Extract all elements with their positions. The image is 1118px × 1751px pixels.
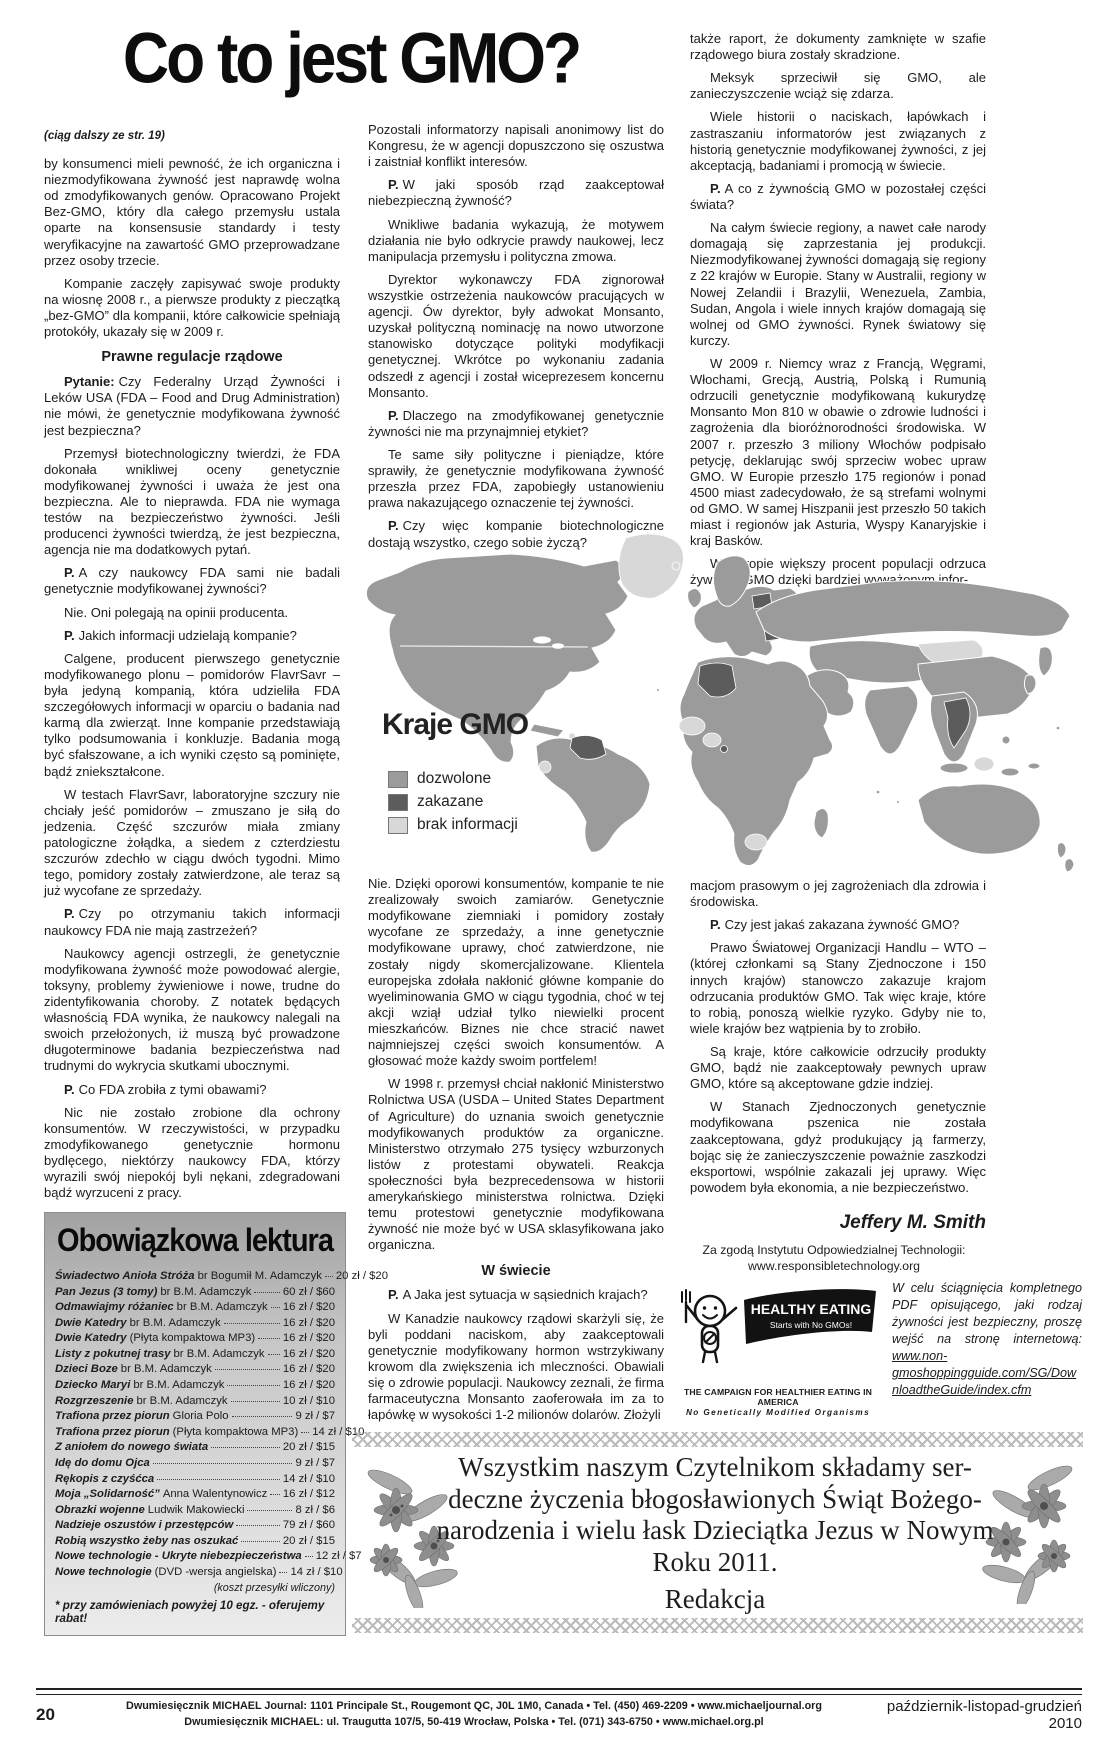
book-author: (DVD -wersja angielska) xyxy=(155,1566,277,1579)
logo-tagline: No Genetically Modified Organisms xyxy=(674,1408,882,1417)
book-title: Nowe technologie - Ukryte niebezpieczeńs… xyxy=(55,1550,302,1563)
paragraph-text: W Stanach Zjednoczonych genetycznie mody… xyxy=(690,1099,986,1195)
book-price: 60 zł / $60 xyxy=(283,1286,335,1299)
paragraph: P.A Jaka jest sytuacja w sąsiednich kraj… xyxy=(368,1287,664,1303)
books-shipping-note: (koszt przesyłki wliczony) xyxy=(55,1582,335,1594)
paragraph-lead: P. xyxy=(64,906,75,921)
paragraph: Prawo Światowej Organizacji Handlu – WTO… xyxy=(690,940,986,1037)
book-title: Robią wszystko żeby nas oszukać xyxy=(55,1535,238,1548)
book-item: Pan Jezus (3 tomy) br B.M. Adamczyk 60 z… xyxy=(55,1286,335,1299)
dotted-leader xyxy=(258,1338,280,1339)
legend-label: brak informacji xyxy=(417,816,518,834)
map-legend-item: zakazane xyxy=(388,793,518,811)
paragraph-text: Co FDA zrobiła z tymi obawami? xyxy=(79,1082,267,1097)
book-price: 8 zł / $6 xyxy=(295,1504,335,1517)
paragraph-text: Nic nie zostało zrobione dla ochrony kon… xyxy=(44,1105,340,1201)
paragraph-text: Nie. Dzięki oporowi konsumentów, kompani… xyxy=(368,876,664,1068)
book-price: 16 zł / $12 xyxy=(283,1488,335,1501)
paragraph-text: Przemysł biotechnologiczny twierdzi, że … xyxy=(44,446,340,558)
book-price: 10 zł / $10 xyxy=(283,1395,335,1408)
book-item: Świadectwo Anioła Stróża br Bogumił M. A… xyxy=(55,1270,335,1283)
book-author: br B.M. Adamczyk xyxy=(177,1301,268,1314)
paragraph: Pozostali informatorzy napisali anonimow… xyxy=(368,122,664,170)
credit-line: www.responsibletechnology.org xyxy=(668,1259,1000,1275)
book-item: Moja „Solidarność” Anna Walentynowicz 16… xyxy=(55,1488,335,1501)
paragraph-text: Nie. Oni polegają na opinii producenta. xyxy=(64,605,288,620)
paragraph-text: Calgene, producent pierwszego genetyczni… xyxy=(44,651,340,779)
paragraph-text: W 1998 r. przemysł chciał nakłonić Minis… xyxy=(368,1076,664,1252)
book-author: br B.M. Adamczyk xyxy=(130,1317,221,1330)
paragraph-text: A Jaka jest sytuacja w sąsiednich krajac… xyxy=(403,1287,648,1302)
paragraph-text: Meksyk sprzeciwił się GMO, ale zanieczys… xyxy=(690,70,986,101)
pdf-note: W celu ściągnięcia kompletnego PDF opisu… xyxy=(892,1280,1082,1399)
paragraph-lead: P. xyxy=(64,628,75,643)
book-author: br B.M. Adamczyk xyxy=(133,1379,224,1392)
book-price: 16 zł / $20 xyxy=(283,1348,335,1361)
book-price: 12 zł / $7 xyxy=(316,1550,362,1563)
books-title: Obowiązkowa lektura xyxy=(55,1223,335,1260)
logo-campaign-line: THE CAMPAIGN FOR HEALTHIER EATING IN AME… xyxy=(674,1387,882,1407)
paragraph: Nic nie zostało zrobione dla ochrony kon… xyxy=(44,1105,340,1202)
paragraph-lead: P. xyxy=(710,181,721,196)
greeting-signoff: Redakcja xyxy=(428,1584,1002,1615)
paragraph-lead: Pytanie: xyxy=(64,374,115,389)
page-title: Co to jest GMO? xyxy=(40,22,662,94)
paragraph-text: Pozostali informatorzy napisali anonimow… xyxy=(368,122,664,169)
book-item: Dwie Katedry (Płyta kompaktowa MP3) 16 z… xyxy=(55,1332,335,1345)
book-item: Trafiona przez piorun Gloria Polo 9 zł /… xyxy=(55,1410,335,1423)
book-author: (Płyta kompaktowa MP3) xyxy=(130,1332,256,1345)
book-title: Listy z pokutnej trasy xyxy=(55,1348,171,1361)
paragraph: P.Co FDA zrobiła z tymi obawami? xyxy=(44,1082,340,1098)
book-title: Dzieci Boze xyxy=(55,1363,118,1376)
pdf-note-text: W celu ściągnięcia kompletnego PDF opisu… xyxy=(892,1281,1082,1346)
book-title: Nowe technologie xyxy=(55,1566,152,1579)
book-item: Odmawiajmy różaniec br B.M. Adamczyk 16 … xyxy=(55,1301,335,1314)
paragraph-text: Dlaczego na zmodyfikowanej genetycznie ż… xyxy=(368,408,664,439)
book-price: 16 zł / $20 xyxy=(283,1317,335,1330)
book-price: 9 zł / $7 xyxy=(295,1410,335,1423)
pdf-note-url: www.non-gmoshoppingguide.com/SG/Download… xyxy=(892,1349,1076,1397)
book-item: Idę do domu Ojca 9 zł / $7 xyxy=(55,1457,335,1470)
book-title: Dwie Katedry xyxy=(55,1332,127,1345)
paragraph: Wnikliwe badania wykazują, że motywem dz… xyxy=(368,217,664,265)
greeting-line: narodzenia i wielu łask Dzieciątka Jezus… xyxy=(428,1515,1002,1547)
legend-swatch xyxy=(388,817,408,834)
paragraph: P.Dlaczego na zmodyfikowanej genetycznie… xyxy=(368,408,664,440)
paragraph-text: Jakich informacji udzielają kompanie? xyxy=(79,628,297,643)
greeting-line: Wszystkim naszym Czytelnikom składamy se… xyxy=(428,1452,1002,1484)
paragraph: W 1998 r. przemysł chciał nakłonić Minis… xyxy=(368,1076,664,1253)
paragraph-lead: P. xyxy=(388,408,399,423)
paragraph-text: Wnikliwe badania wykazują, że motywem dz… xyxy=(368,217,664,264)
paragraph-text: Dyrektor wykonawczy FDA zignorował wszys… xyxy=(368,272,664,400)
dotted-leader xyxy=(153,1463,293,1464)
book-author: br Bogumił M. Adamczyk xyxy=(198,1270,322,1283)
healthy-eating-logo: HEALTHY EATING Starts with No GMOs! xyxy=(674,1284,882,1417)
map-title: Kraje GMO xyxy=(382,708,528,742)
dotted-leader xyxy=(236,1525,280,1526)
book-author: br B.M. Adamczyk xyxy=(121,1363,212,1376)
paragraph: W świecie xyxy=(368,1263,664,1281)
paragraph: W 2009 r. Niemcy wraz z Francją, Węgrami… xyxy=(690,356,986,549)
dotted-leader xyxy=(227,1385,279,1386)
publisher-line-2: Dwumiesięcznik MICHAEL: ul. Traugutta 10… xyxy=(96,1715,852,1731)
paragraph: Na całym świecie regiony, a nawet całe n… xyxy=(690,220,986,349)
book-price: 16 zł / $20 xyxy=(283,1363,335,1376)
paragraph: macjom prasowym o jej zagrożeniach dla z… xyxy=(690,878,986,910)
greeting-line: deczne życzenia błogosławionych Świąt Bo… xyxy=(428,1484,1002,1516)
book-price: 20 zł / $20 xyxy=(336,1270,388,1283)
paragraph: Prawne regulacje rządowe xyxy=(44,349,340,367)
paragraph-text: Prawne regulacje rządowe xyxy=(101,349,282,365)
dotted-leader xyxy=(301,1432,309,1433)
book-item: Nadzieje oszustów i przestępców 79 zł / … xyxy=(55,1519,335,1532)
paragraph: P.Czy jest jakaś zakazana żywność GMO? xyxy=(690,917,986,933)
book-author: br B.M. Adamczyk xyxy=(174,1348,265,1361)
book-item: Dziecko Maryi br B.M. Adamczyk 16 zł / $… xyxy=(55,1379,335,1392)
paragraph-lead: P. xyxy=(388,177,399,192)
book-price: 16 zł / $20 xyxy=(283,1301,335,1314)
logo-flag-subtitle: Starts with No GMOs! xyxy=(770,1320,852,1330)
diamond-border-bottom xyxy=(352,1618,1083,1633)
paragraph: Wiele historii o naciskach, łapówkach i … xyxy=(690,109,986,173)
paragraph-text: Na całym świecie regiony, a nawet całe n… xyxy=(690,220,986,348)
book-price: 16 zł / $20 xyxy=(283,1332,335,1345)
book-price: 20 zł / $15 xyxy=(283,1535,335,1548)
paragraph-lead: P. xyxy=(64,1082,75,1097)
issue-date: październik-listopad-grudzień 2010 xyxy=(852,1698,1082,1732)
paragraph: Są kraje, które całkowicie odrzuciły pro… xyxy=(690,1044,986,1092)
book-title: Moja „Solidarność” xyxy=(55,1488,160,1501)
logo-character-icon xyxy=(682,1290,736,1362)
paragraph: by konsumenci mieli pewność, że ich orga… xyxy=(44,156,340,269)
page-number: 20 xyxy=(36,1705,96,1725)
paragraph: Przemysł biotechnologiczny twierdzi, że … xyxy=(44,446,340,559)
book-item: Nowe technologie (DVD -wersja angielska)… xyxy=(55,1566,335,1579)
dotted-leader xyxy=(231,1401,280,1402)
book-item: Obrazki wojenne Ludwik Makowiecki 8 zł /… xyxy=(55,1504,335,1517)
paragraph: W Stanach Zjednoczonych genetycznie mody… xyxy=(690,1099,986,1196)
book-author: Gloria Polo xyxy=(173,1410,229,1423)
dotted-leader xyxy=(215,1369,280,1370)
paragraph-text: A co z żywnością GMO w pozostałej części… xyxy=(690,181,986,212)
paragraph-text: W jaki sposób rząd zaakceptował niebezpi… xyxy=(368,177,664,208)
paragraph: P.Czy po otrzymaniu takich informacji na… xyxy=(44,906,340,938)
book-title: Z aniołem do nowego świata xyxy=(55,1441,208,1454)
dotted-leader xyxy=(305,1556,313,1557)
paragraph-text: Są kraje, które całkowicie odrzuciły pro… xyxy=(690,1044,986,1091)
book-item: Z aniołem do nowego świata 20 zł / $15 xyxy=(55,1441,335,1454)
paragraph-text: macjom prasowym o jej zagrożeniach dla z… xyxy=(690,878,986,909)
book-item: Dwie Katedry br B.M. Adamczyk 16 zł / $2… xyxy=(55,1317,335,1330)
book-author: Anna Walentynowicz xyxy=(163,1488,267,1501)
dotted-leader xyxy=(254,1292,279,1293)
book-item: Robią wszystko żeby nas oszukać 20 zł / … xyxy=(55,1535,335,1548)
column-3: także raport, że dokumenty zamknięte w s… xyxy=(690,31,986,596)
newspaper-page: Co to jest GMO? (ciąg dalszy ze str. 19)… xyxy=(0,0,1118,1751)
legend-swatch xyxy=(388,794,408,811)
paragraph-text: W świecie xyxy=(481,1263,550,1279)
book-price: 16 zł / $20 xyxy=(283,1379,335,1392)
books-list: Świadectwo Anioła Stróża br Bogumił M. A… xyxy=(55,1270,335,1579)
books-discount-note: * przy zamówieniach powyżej 10 egz. - of… xyxy=(55,1599,335,1625)
logo-flag-title: HEALTHY EATING xyxy=(751,1301,872,1317)
publisher-line-1: Dwumiesięcznik MICHAEL Journal: 1101 Pri… xyxy=(96,1699,852,1715)
paragraph: Kompanie zaczęły zapisywać swoje produkt… xyxy=(44,276,340,340)
book-title: Rozgrzeszenie xyxy=(55,1395,133,1408)
publisher-info: Dwumiesięcznik MICHAEL Journal: 1101 Pri… xyxy=(96,1699,852,1730)
book-title: Dziecko Maryi xyxy=(55,1379,130,1392)
column-2-continued: Nie. Dzięki oporowi konsumentów, kompani… xyxy=(368,876,664,1430)
book-title: Dwie Katedry xyxy=(55,1317,127,1330)
book-item: Trafiona przez piorun (Płyta kompaktowa … xyxy=(55,1426,335,1439)
map-legend-item: brak informacji xyxy=(388,816,518,834)
column-2: Pozostali informatorzy napisali anonimow… xyxy=(368,122,664,558)
credit-line: Za zgodą Instytutu Odpowiedzialnej Techn… xyxy=(668,1243,1000,1259)
paragraph-text: Czy po otrzymaniu takich informacji nauk… xyxy=(44,906,340,937)
paragraph-text: A czy naukowcy FDA sami nie badali genet… xyxy=(44,565,340,596)
book-item: Rękopis z czyśćca 14 zł / $10 xyxy=(55,1473,335,1486)
book-price: 9 zł / $7 xyxy=(295,1457,335,1470)
footer: 20 Dwumiesięcznik MICHAEL Journal: 1101 … xyxy=(36,1698,1082,1732)
book-item: Nowe technologie - Ukryte niebezpieczeńs… xyxy=(55,1550,335,1563)
map-legend: dozwolone zakazane brak informacji xyxy=(388,770,518,839)
book-item: Listy z pokutnej trasy br B.M. Adamczyk … xyxy=(55,1348,335,1361)
book-author: Ludwik Makowiecki xyxy=(148,1504,245,1517)
footer-rule xyxy=(36,1688,1082,1695)
greeting-text: Wszystkim naszym Czytelnikom składamy se… xyxy=(428,1452,1002,1578)
dotted-leader xyxy=(279,1572,287,1573)
author-signature: Jeffery M. Smith xyxy=(690,1212,986,1234)
paragraph: Nie. Oni polegają na opinii producenta. xyxy=(44,605,340,621)
dotted-leader xyxy=(224,1323,280,1324)
paragraph: Nie. Dzięki oporowi konsumentów, kompani… xyxy=(368,876,664,1069)
paragraph: P.A co z żywnością GMO w pozostałej częś… xyxy=(690,181,986,213)
books-box: Obowiązkowa lektura Świadectwo Anioła St… xyxy=(44,1212,346,1636)
legend-label: dozwolone xyxy=(417,770,491,788)
paragraph-text: Naukowcy agencji ostrzegli, że genetyczn… xyxy=(44,946,340,1074)
paragraph-text: Czy jest jakaś zakazana żywność GMO? xyxy=(725,917,960,932)
dotted-leader xyxy=(211,1447,280,1448)
legend-swatch xyxy=(388,771,408,788)
dotted-leader xyxy=(271,1307,280,1308)
continuation-note: (ciąg dalszy ze str. 19) xyxy=(44,130,165,142)
dotted-leader xyxy=(270,1494,280,1495)
paragraph-lead: P. xyxy=(710,917,721,932)
paragraph: Pytanie:Czy Federalny Urząd Żywności i L… xyxy=(44,374,340,438)
book-title: Świadectwo Anioła Stróża xyxy=(55,1270,195,1283)
book-title: Rękopis z czyśćca xyxy=(55,1473,154,1486)
paragraph-text: W 2009 r. Niemcy wraz z Francją, Węgrami… xyxy=(690,356,986,548)
book-title: Trafiona przez piorun xyxy=(55,1426,170,1439)
legend-label: zakazane xyxy=(417,793,483,811)
paragraph: Meksyk sprzeciwił się GMO, ale zanieczys… xyxy=(690,70,986,102)
dotted-leader xyxy=(157,1479,280,1480)
paragraph-text: Kompanie zaczęły zapisywać swoje produkt… xyxy=(44,276,340,339)
paragraph: także raport, że dokumenty zamknięte w s… xyxy=(690,31,986,63)
book-price: 79 zł / $60 xyxy=(283,1519,335,1532)
book-title: Trafiona przez piorun xyxy=(55,1410,170,1423)
book-price: 20 zł / $15 xyxy=(283,1441,335,1454)
paragraph: Naukowcy agencji ostrzegli, że genetyczn… xyxy=(44,946,340,1075)
book-author: (Płyta kompaktowa MP3) xyxy=(173,1426,299,1439)
paragraph: P.Jakich informacji udzielają kompanie? xyxy=(44,628,340,644)
paragraph: P.A czy naukowcy FDA sami nie badali gen… xyxy=(44,565,340,597)
paragraph-text: Te same siły polityczne i pieniądze, któ… xyxy=(368,447,664,510)
paragraph: P.W jaki sposób rząd zaakceptował niebez… xyxy=(368,177,664,209)
paragraph-text: W Kanadzie naukowcy rządowi skarżyli się… xyxy=(368,1311,664,1423)
book-title: Idę do domu Ojca xyxy=(55,1457,150,1470)
book-item: Dzieci Boze br B.M. Adamczyk 16 zł / $20 xyxy=(55,1363,335,1376)
book-title: Pan Jezus (3 tomy) xyxy=(55,1286,157,1299)
paragraph: Dyrektor wykonawczy FDA zignorował wszys… xyxy=(368,272,664,401)
paragraph-lead: P. xyxy=(388,1287,399,1302)
paragraph-text: W testach FlavrSavr, laboratoryjne szczu… xyxy=(44,787,340,899)
map-legend-item: dozwolone xyxy=(388,770,518,788)
credit: Za zgodą Instytutu Odpowiedzialnej Techn… xyxy=(668,1243,1000,1275)
paragraph-text: Wiele historii o naciskach, łapówkach i … xyxy=(690,109,986,172)
book-title: Nadzieje oszustów i przestępców xyxy=(55,1519,233,1532)
paragraph-lead: P. xyxy=(64,565,75,580)
dotted-leader xyxy=(241,1541,280,1542)
column-1: by konsumenci mieli pewność, że ich orga… xyxy=(44,156,340,1208)
paragraph: Calgene, producent pierwszego genetyczni… xyxy=(44,651,340,780)
dotted-leader xyxy=(325,1276,333,1277)
dotted-leader xyxy=(232,1416,293,1417)
dotted-leader xyxy=(247,1510,292,1511)
logo-graphic: HEALTHY EATING Starts with No GMOs! xyxy=(674,1284,882,1380)
paragraph: Te same siły polityczne i pieniądze, któ… xyxy=(368,447,664,511)
book-author: br B.M. Adamczyk xyxy=(160,1286,251,1299)
paragraph-text: także raport, że dokumenty zamknięte w s… xyxy=(690,31,986,62)
book-price: 14 zł / $10 xyxy=(290,1566,342,1579)
paragraph: W Kanadzie naukowcy rządowi skarżyli się… xyxy=(368,1311,664,1424)
paragraph-text: Prawo Światowej Organizacji Handlu – WTO… xyxy=(690,940,986,1036)
greeting-line: Roku 2011. xyxy=(428,1547,1002,1579)
book-item: Rozgrzeszenie br B.M. Adamczyk 10 zł / $… xyxy=(55,1395,335,1408)
book-title: Obrazki wojenne xyxy=(55,1504,145,1517)
paragraph: W testach FlavrSavr, laboratoryjne szczu… xyxy=(44,787,340,900)
book-title: Odmawiajmy różaniec xyxy=(55,1301,174,1314)
book-price: 14 zł / $10 xyxy=(283,1473,335,1486)
dotted-leader xyxy=(268,1354,280,1355)
book-author: br B.M. Adamczyk xyxy=(136,1395,227,1408)
column-3-continued: macjom prasowym o jej zagrożeniach dla z… xyxy=(690,878,986,1203)
paragraph-text: by konsumenci mieli pewność, że ich orga… xyxy=(44,156,340,268)
